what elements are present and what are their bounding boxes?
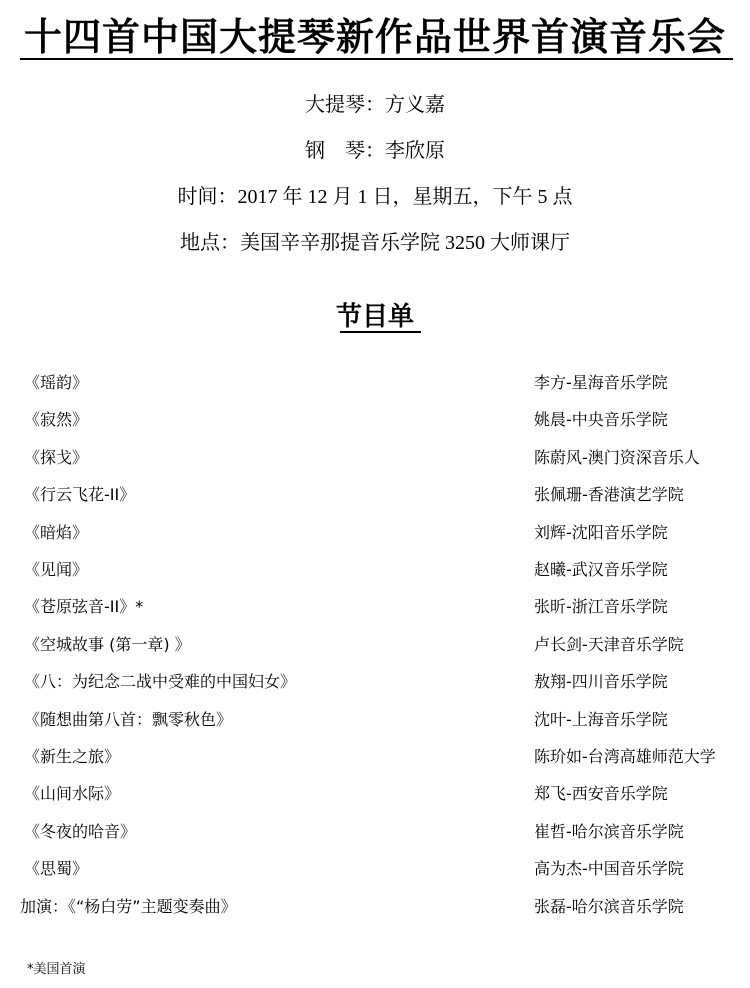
program-title: 节目单 [0,300,750,334]
work-title: 《暗焰》 [24,520,88,546]
program-item: 《苍原弦音-II》* 张昕-浙江音乐学院 [0,594,750,620]
work-title: 《寂然》 [24,407,88,433]
composer: 赵曦-武汉音乐学院 [534,557,668,583]
work-title: 《探戈》 [24,445,88,471]
composer: 姚晨-中央音乐学院 [534,407,668,433]
work-title: 《空城故事 (第一章) 》 [24,632,191,658]
program-item: 《探戈》 陈蔚风-澳门资深音乐人 [0,445,750,471]
work-title: 《苍原弦音-II》* [24,594,143,620]
work-title: 《山间水际》 [24,781,120,807]
title-underline [20,58,733,60]
piano-performer: 钢 琴：李欣原 [0,138,750,164]
footnote: *美国首演 [27,961,86,979]
composer: 沈叶-上海音乐学院 [534,707,668,733]
work-title: 《冬夜的哈音》 [24,819,136,845]
composer: 郑飞-西安音乐学院 [534,781,668,807]
program-title-underline [340,331,421,333]
concert-venue: 地点：美国辛辛那提音乐学院 3250 大师课厅 [0,230,750,256]
composer: 崔哲-哈尔滨音乐学院 [534,819,684,845]
concert-title: 十四首中国大提琴新作品世界首演音乐会 [0,14,750,60]
program-item: 《冬夜的哈音》 崔哲-哈尔滨音乐学院 [0,819,750,845]
work-title: 《八：为纪念二战中受难的中国妇女》 [24,669,296,695]
program-item: 《八：为纪念二战中受难的中国妇女》 敖翔-四川音乐学院 [0,669,750,695]
work-title: 《随想曲第八首：飘零秋色》 [24,707,232,733]
program-item: 《行云飞花-II》 张佩珊-香港演艺学院 [0,482,750,508]
composer: 张磊-哈尔滨音乐学院 [534,894,684,920]
program-item: 《随想曲第八首：飘零秋色》 沈叶-上海音乐学院 [0,707,750,733]
composer: 高为杰-中国音乐学院 [534,856,684,882]
program-item-encore: 加演：《“杨白劳”主题变奏曲》 张磊-哈尔滨音乐学院 [0,894,750,920]
program-item: 《寂然》 姚晨-中央音乐学院 [0,407,750,433]
composer: 卢长剑-天津音乐学院 [534,632,684,658]
composer: 陈蔚风-澳门资深音乐人 [534,445,700,471]
program-item: 《新生之旅》 陈玠如-台湾高雄师范大学 [0,744,750,770]
composer: 李方-星海音乐学院 [534,370,668,396]
program-item: 《瑶韵》 李方-星海音乐学院 [0,370,750,396]
work-title: 加演：《“杨白劳”主题变奏曲》 [20,894,237,920]
work-title: 《见闻》 [24,557,88,583]
composer: 敖翔-四川音乐学院 [534,669,668,695]
composer: 张佩珊-香港演艺学院 [534,482,684,508]
program-item: 《思蜀》 高为杰-中国音乐学院 [0,856,750,882]
program-item: 《空城故事 (第一章) 》 卢长剑-天津音乐学院 [0,632,750,658]
concert-time: 时间：2017 年 12 月 1 日，星期五，下午 5 点 [0,184,750,210]
program-item: 《暗焰》 刘辉-沈阳音乐学院 [0,520,750,546]
work-title: 《新生之旅》 [24,744,120,770]
program-item: 《山间水际》 郑飞-西安音乐学院 [0,781,750,807]
composer: 张昕-浙江音乐学院 [534,594,668,620]
composer: 陈玠如-台湾高雄师范大学 [534,744,716,770]
work-title: 《思蜀》 [24,856,88,882]
program-item: 《见闻》 赵曦-武汉音乐学院 [0,557,750,583]
work-title: 《行云飞花-II》 [24,482,135,508]
cello-performer: 大提琴：方义嘉 [0,92,750,118]
work-title: 《瑶韵》 [24,370,88,396]
composer: 刘辉-沈阳音乐学院 [534,520,668,546]
